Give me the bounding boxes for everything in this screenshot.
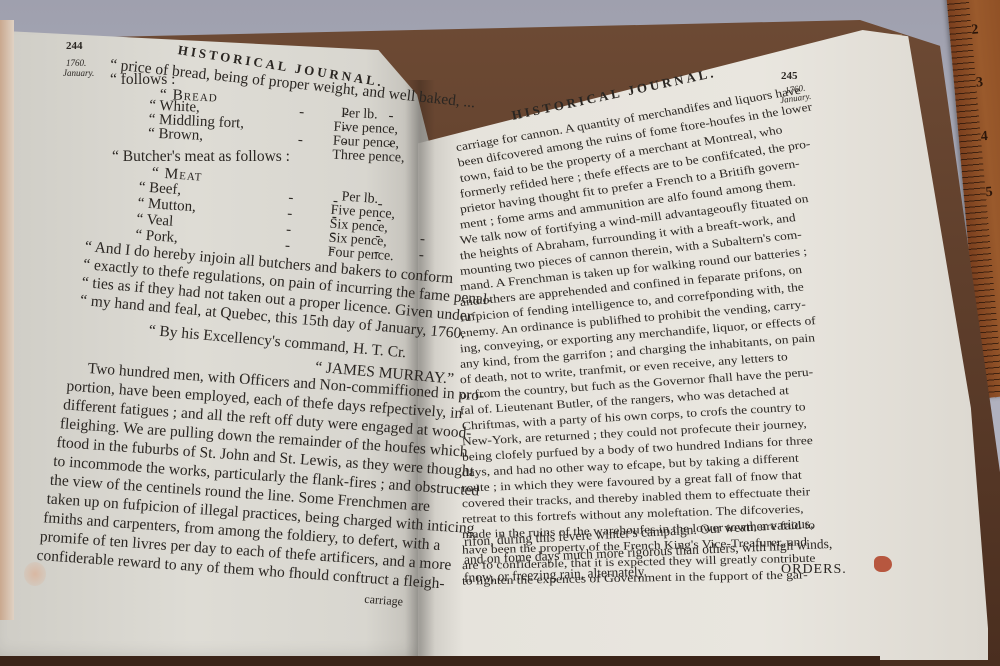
margin-year: 1760. (66, 58, 86, 68)
page-number: 245 (781, 70, 798, 82)
page-number: 244 (66, 40, 83, 52)
ruler-number: 4 (980, 129, 988, 146)
catchword: carriage (364, 592, 404, 610)
section-heading: ORDERS. (781, 562, 847, 578)
text-line: “ Butcher's meat as follows : (112, 148, 290, 167)
left-page-edge (0, 20, 14, 620)
book-bottom-edge (0, 656, 880, 666)
price-value: Three pence, (332, 148, 405, 167)
ruler-number: 5 (985, 185, 993, 202)
ruler-number: 2 (971, 22, 979, 39)
ruler-number: 3 (975, 75, 983, 92)
red-stain (874, 556, 892, 572)
margin-month: January. (63, 68, 94, 78)
